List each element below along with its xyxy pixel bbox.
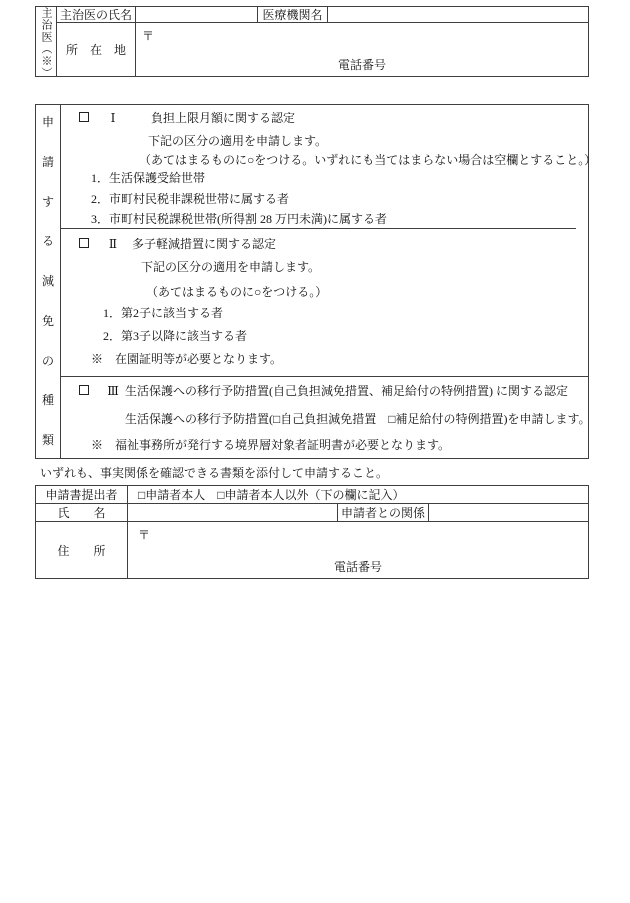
section-2-note: ※ 在園証明等が必要となります。 <box>91 352 282 366</box>
submitter-name-value[interactable] <box>128 504 338 522</box>
form-page: 主治医（※） 主治医の氏名 医療機関名 所 在 地 〒 電話番号 申 請 す る… <box>0 0 630 903</box>
section-2: Ⅱ 多子軽減措置に関する認定 下記の区分の適用を申請します。 （あてはまるものに… <box>61 229 588 376</box>
physician-table: 主治医（※） 主治医の氏名 医療機関名 所 在 地 〒 電話番号 <box>35 6 589 77</box>
side-char: 免 <box>42 312 54 329</box>
medical-institution-value[interactable] <box>328 7 588 23</box>
section-1: Ⅰ 負担上限月額に関する認定 下記の区分の適用を申請します。 （あてはまるものに… <box>61 105 588 229</box>
section-2-title: 多子軽減措置に関する認定 <box>132 237 276 251</box>
physician-address-value[interactable]: 〒 電話番号 <box>136 23 588 76</box>
submitter-phone-label: 電話番号 <box>128 558 588 575</box>
section-2-checkbox[interactable] <box>79 238 89 248</box>
application-types-table: 申 請 す る 減 免 の 種 類 Ⅰ 負担上限月額に関する認定 下記の区分の適… <box>35 104 589 459</box>
side-char: る <box>42 232 54 249</box>
section-3-line1[interactable]: 生活保護への移行予防措置(□自己負担減免措置 □補足給付の特例措置)を申請します… <box>125 412 591 426</box>
section-1-numeral: Ⅰ <box>101 111 125 125</box>
physician-address-label: 所 在 地 <box>57 23 136 76</box>
side-char: す <box>42 193 54 210</box>
application-side-label: 申 請 す る 減 免 の 種 類 <box>36 105 61 458</box>
submitter-address-value[interactable]: 〒 電話番号 <box>128 522 588 578</box>
section-3-numeral: Ⅲ <box>101 384 125 398</box>
attachment-note: いずれも、事実関係を確認できる書類を添付して申請すること。 <box>40 464 388 481</box>
submitter-options[interactable]: □申請者本人 □申請者本人以外（下の欄に記入） <box>128 486 588 504</box>
side-char: 類 <box>42 431 54 448</box>
section-2-line2: （あてはまるものに○をつける。） <box>146 285 327 299</box>
submitter-address-label: 住 所 <box>36 522 128 578</box>
section-3-note: ※ 福祉事務所が発行する境界層対象者証明書が必要となります。 <box>91 438 450 452</box>
section-2-item-2[interactable]: 2．第3子以降に該当する者 <box>103 329 247 343</box>
section-3-checkbox[interactable] <box>79 385 89 395</box>
section-3-header: Ⅲ 生活保護への移行予防措置(自己負担減免措置、補足給付の特例措置) に関する認… <box>61 384 588 398</box>
relation-label: 申請者との関係 <box>338 504 429 522</box>
section-1-header: Ⅰ 負担上限月額に関する認定 <box>61 111 588 125</box>
postal-mark-icon: 〒 <box>142 27 154 44</box>
postal-mark-icon: 〒 <box>138 526 150 543</box>
side-char: の <box>42 352 54 369</box>
side-char: 種 <box>42 391 54 408</box>
submitter-label: 申請書提出者 <box>36 486 128 504</box>
submitter-name-label: 氏 名 <box>36 504 128 522</box>
physician-phone-label: 電話番号 <box>136 56 588 73</box>
relation-value[interactable] <box>429 504 588 522</box>
physician-name-value[interactable] <box>136 7 258 23</box>
section-1-item-2[interactable]: 2．市町村民税非課税世帯に属する者 <box>91 192 289 206</box>
medical-institution-label: 医療機関名 <box>258 7 328 23</box>
physician-name-label: 主治医の氏名 <box>57 7 136 23</box>
section-3-title: 生活保護への移行予防措置(自己負担減免措置、補足給付の特例措置) に関する認定 <box>125 384 568 398</box>
section-2-numeral: Ⅱ <box>101 237 125 251</box>
section-2-header: Ⅱ 多子軽減措置に関する認定 <box>61 237 588 251</box>
section-1-checkbox[interactable] <box>79 112 89 122</box>
submitter-table: 申請書提出者 □申請者本人 □申請者本人以外（下の欄に記入） 氏 名 申請者との… <box>35 485 589 579</box>
section-1-title: 負担上限月額に関する認定 <box>151 111 295 125</box>
section-1-line1: 下記の区分の適用を申請します。 <box>148 134 327 148</box>
side-char: 減 <box>42 272 54 289</box>
section-2-line1: 下記の区分の適用を申請します。 <box>141 260 320 274</box>
side-char: 申 <box>42 113 54 130</box>
side-char: 請 <box>42 153 54 170</box>
section-1-item-1[interactable]: 1．生活保護受給世帯 <box>91 171 205 185</box>
section-2-item-1[interactable]: 1．第2子に該当する者 <box>103 306 223 320</box>
section-3: Ⅲ 生活保護への移行予防措置(自己負担減免措置、補足給付の特例措置) に関する認… <box>61 376 588 458</box>
section-1-line2: （あてはまるものに○をつける。いずれにも当てはまらない場合は空欄とすること。） <box>139 153 596 167</box>
physician-side-label: 主治医（※） <box>36 7 57 76</box>
section-1-item-3[interactable]: 3．市町村民税課税世帯(所得割 28 万円未満)に属する者 <box>91 212 387 226</box>
